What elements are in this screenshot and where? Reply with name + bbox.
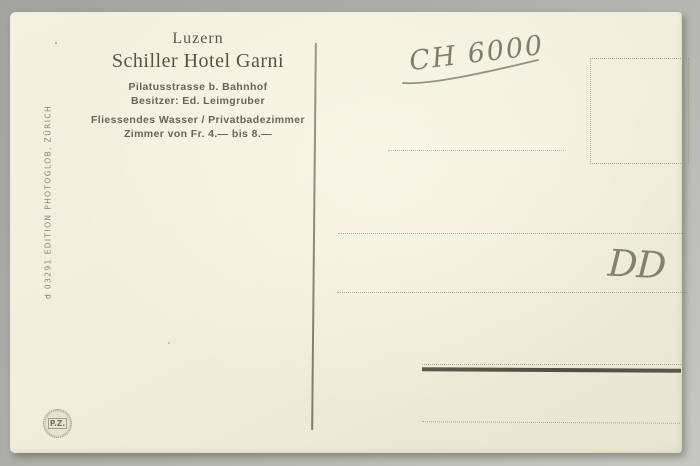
address-line xyxy=(422,421,680,424)
publisher-logo: P.Z. xyxy=(43,409,72,438)
edition-imprint: d 03291 EDITION PHOTOGLOB, ZÜRICH xyxy=(44,105,53,299)
stamp-box xyxy=(590,58,689,164)
hotel-amenities-line: Fliessendes Wasser / Privatbadezimmer xyxy=(72,114,324,128)
hotel-title: Schiller Hotel Garni xyxy=(72,50,324,73)
address-line xyxy=(388,150,566,151)
hotel-header: Luzern Schiller Hotel Garni Pilatusstras… xyxy=(72,30,324,141)
address-line xyxy=(422,364,681,365)
scan-background: d 03291 EDITION PHOTOGLOB, ZÜRICH Luzern… xyxy=(0,0,700,466)
publisher-logo-text: P.Z. xyxy=(48,418,67,429)
hotel-price-line: Zimmer von Fr. 4.— bis 8.— xyxy=(72,128,324,142)
pencil-underline-stroke xyxy=(400,52,542,86)
sender-bar xyxy=(422,367,681,373)
paper-speck xyxy=(55,42,57,44)
hotel-owner-line: Besitzer: Ed. Leimgruber xyxy=(72,95,324,109)
address-line xyxy=(337,292,687,293)
city-title: Luzern xyxy=(72,30,324,48)
handwritten-initials: DD xyxy=(607,242,667,288)
address-line xyxy=(338,233,686,234)
hotel-address-line: Pilatusstrasse b. Bahnhof xyxy=(72,81,324,95)
postcard-back: d 03291 EDITION PHOTOGLOB, ZÜRICH Luzern… xyxy=(10,12,682,453)
paper-speck xyxy=(168,342,170,344)
